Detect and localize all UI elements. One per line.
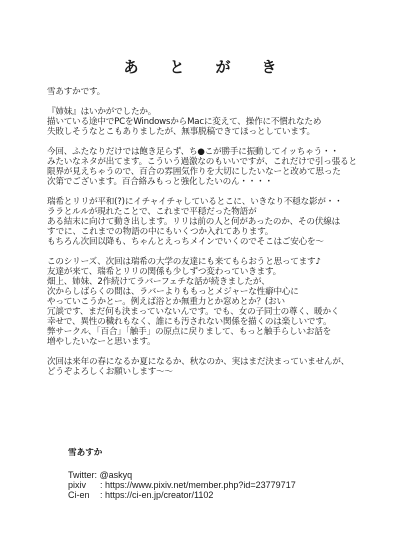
cien-url[interactable]: : https://ci-en.jp/creator/1102 [100,490,213,500]
text-line: 次からしばらくの間は、ラバーよりももっとメジャーな性癖中心に [47,287,387,297]
paragraph-closing: 次回は来年の春になるか夏になるか、秋なのか、実はまだ決まっていませんが、 どうぞ… [47,357,387,377]
author-links: Twitter: @askyq pixiv : https://www.pixi… [68,470,296,500]
text-line: 次回は来年の春になるか夏になるか、秋なのか、実はまだ決まっていませんが、 [47,357,387,367]
twitter-label: Twitter: @askyq [68,470,132,480]
twitter-link[interactable]: Twitter: @askyq [68,470,296,480]
title-char: あ [123,56,139,77]
title-char: き [261,56,277,77]
text-line: ララとルルが現れたことで、これまで平穏だった物語が [47,207,387,217]
afterword-body: 雪あすかです。 『姉妹』はいかがでしたか。 描いている途中でPCをWindows… [47,87,387,387]
paragraph-story: 瑞希とリリが平和(?)にイチャイチャしているとこに、いきなり不穏な影が・・ ララ… [47,197,387,247]
text-line: 描いている途中でPCをWindowsからMacに変えて、操作に不慣れなため [47,117,387,127]
pixiv-label: pixiv [68,480,100,490]
text-line: 友達が来て、瑞希とリリの関係も少しずつ変わっていきます。 [47,267,387,277]
paragraph-greeting: 雪あすかです。 [47,87,387,97]
text-line: すでに、これまでの物語の中にもいくつか入れてあります。 [47,227,387,237]
text-line: どうぞよろしくお願いします〜〜 [47,367,387,377]
paragraph-series: このシリーズ、次回は瑞希の大学の友達にも来てもらおうと思ってます♪ 友達が来て、… [47,257,387,347]
text-line: 冗談です、まだ何も決まっていないんです。でも、女の子同士の尊く、暖かく [47,307,387,317]
text-line: 瑞希とリリが平和(?)にイチャイチャしているとこに、いきなり不穏な影が・・ [47,197,387,207]
title-char: と [169,56,185,77]
text-line: みたいなネタが出てます。こういう過激なのもいいですが、これだけで引っ張ると [47,157,387,167]
text-line: 今回、ふたなりだけでは飽き足らず、ち●こが勝手に振動してイッちゃう・・ [47,147,387,157]
title-char: が [215,56,231,77]
cien-link[interactable]: Ci-en : https://ci-en.jp/creator/1102 [68,490,296,500]
text-line: 畑上、姉妹、2作続けてラバーフェチな話が続きましたが、 [47,277,387,287]
page-title: あ と が き [0,56,400,77]
cien-label: Ci-en [68,490,100,500]
paragraph-content: 今回、ふたなりだけでは飽き足らず、ち●こが勝手に振動してイッちゃう・・ みたいな… [47,147,387,187]
text-line: 次第でございます。百合絡みもっと強化したいのん・・・・ [47,177,387,187]
text-line: やっていこうかとー。例えば浴とか無重力とか窓めとか？(おい [47,297,387,307]
text-line: 幸せで、異性の穢れもなく、誰にも汚されない関係を描くのは楽しいです。 [47,317,387,327]
text-line: このシリーズ、次回は瑞希の大学の友達にも来てもらおうと思ってます♪ [47,257,387,267]
text-line: 『姉妹』はいかがでしたか。 [47,107,387,117]
text-line: 失敗しそうなとこもありましたが、無事脱稿できてほっとしています。 [47,127,387,137]
text-line: 弊サークル、「百合」「触手」の原点に戻りまして、もっと触手らしいお話を [47,327,387,337]
pixiv-link[interactable]: pixiv : https://www.pixiv.net/member.php… [68,480,296,490]
text-line: 増やしたいなーと思います。 [47,337,387,347]
author-signature: 雪あすか [68,446,102,458]
paragraph-intro: 『姉妹』はいかがでしたか。 描いている途中でPCをWindowsからMacに変え… [47,107,387,137]
text-line: ある結末に向けて動き出します。リリは前の人と何があったのか、その伏線は [47,217,387,227]
text-line: もちろん次回以降も、ちゃんとえっちメインでいくのでそこはご安心を〜 [47,237,387,247]
text-line: 雪あすかです。 [47,87,387,97]
text-line: 限界が見えちゃうので、百合の雰囲気作りを大切にしたいなーと改めて思った [47,167,387,177]
pixiv-url[interactable]: : https://www.pixiv.net/member.php?id=23… [100,480,296,490]
